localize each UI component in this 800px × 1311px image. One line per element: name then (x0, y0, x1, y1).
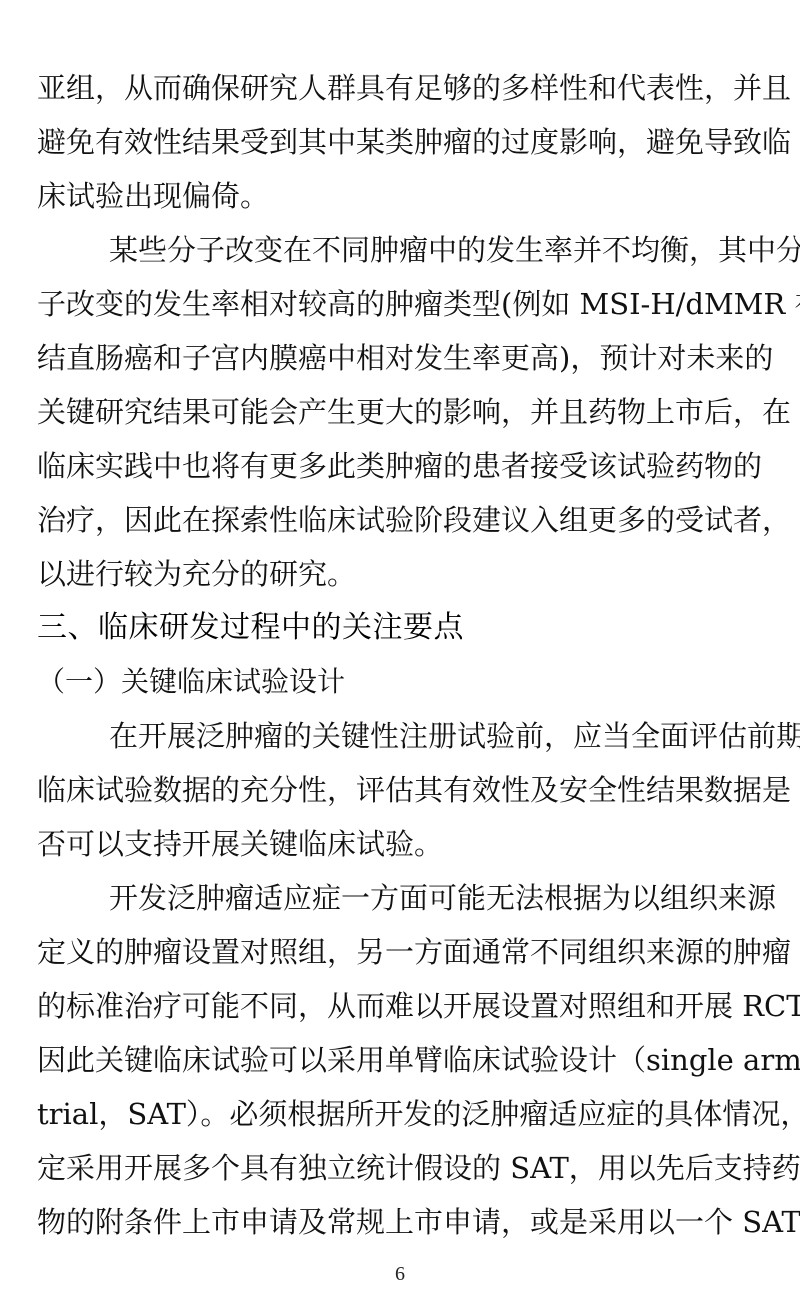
text-line: 开发泛肿瘤适应症一方面可能无法根据为以组织来源 (37, 871, 759, 925)
text-line: 结直肠癌和子宫内膜癌中相对发生率更高)，预计对未来的 (37, 331, 759, 385)
text-line: 床试验出现偏倚。 (37, 169, 759, 223)
text-line: 因此关键临床试验可以采用单臂临床试验设计（single arm (37, 1033, 759, 1087)
text-line: 亚组，从而确保研究人群具有足够的多样性和代表性，并且 (37, 61, 759, 115)
text-line: 定采用开展多个具有独立统计假设的 SAT，用以先后支持药 (37, 1141, 759, 1195)
paragraph-pivotal-trial-assessment: 在开展泛肿瘤的关键性注册试验前，应当全面评估前期 临床试验数据的充分性，评估其有… (37, 709, 759, 871)
text-line: 物的附条件上市申请及常规上市申请，或是采用以一个 SAT (37, 1195, 759, 1249)
text-line: 在开展泛肿瘤的关键性注册试验前，应当全面评估前期 (37, 709, 759, 763)
text-line: 临床实践中也将有更多此类肿瘤的患者接受该试验药物的 (37, 439, 759, 493)
paragraph-single-arm-trial: 开发泛肿瘤适应症一方面可能无法根据为以组织来源 定义的肿瘤设置对照组，另一方面通… (37, 871, 759, 1249)
text-line: 定义的肿瘤设置对照组，另一方面通常不同组织来源的肿瘤 (37, 925, 759, 979)
text-line: 子改变的发生率相对较高的肿瘤类型(例如 MSI-H/dMMR 在 (37, 277, 759, 331)
text-line: 的标准治疗可能不同，从而难以开展设置对照组和开展 RCT， (37, 979, 759, 1033)
subsection-heading: （一）关键临床试验设计 (37, 655, 759, 709)
text-line: 某些分子改变在不同肿瘤中的发生率并不均衡，其中分 (37, 223, 759, 277)
text-line: 关键研究结果可能会产生更大的影响，并且药物上市后，在 (37, 385, 759, 439)
paragraph-molecular-alterations: 某些分子改变在不同肿瘤中的发生率并不均衡，其中分 子改变的发生率相对较高的肿瘤类… (37, 223, 759, 601)
text-line: trial，SAT）。必须根据所开发的泛肿瘤适应症的具体情况，决 (37, 1087, 759, 1141)
text-line: 以进行较为充分的研究。 (37, 547, 759, 601)
text-line: 临床试验数据的充分性，评估其有效性及安全性结果数据是 (37, 763, 759, 817)
document-page: 亚组，从而确保研究人群具有足够的多样性和代表性，并且 避免有效性结果受到其中某类… (37, 61, 759, 1249)
page-number: 6 (0, 1263, 800, 1286)
text-line: 治疗，因此在探索性临床试验阶段建议入组更多的受试者， (37, 493, 759, 547)
paragraph-subgroup-diversity: 亚组，从而确保研究人群具有足够的多样性和代表性，并且 避免有效性结果受到其中某类… (37, 61, 759, 223)
section-heading: 三、临床研发过程中的关注要点 (37, 601, 759, 655)
text-line: 否可以支持开展关键临床试验。 (37, 817, 759, 871)
text-line: 避免有效性结果受到其中某类肿瘤的过度影响，避免导致临 (37, 115, 759, 169)
